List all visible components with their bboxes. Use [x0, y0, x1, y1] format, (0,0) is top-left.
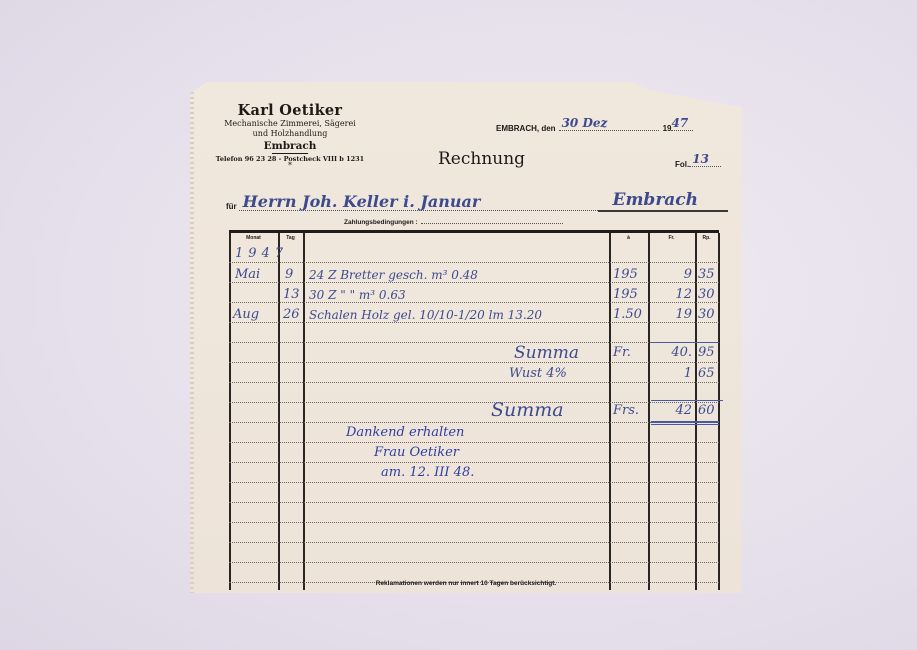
row-rule: [229, 562, 719, 563]
header-rappen: Rp.: [695, 235, 718, 241]
subtotal-francs: 40.: [648, 345, 692, 361]
date-line: EMBRACH, den 30 Dez 19 47: [496, 119, 693, 133]
year-prefix: 19: [663, 124, 672, 133]
document-title: Rechnung: [438, 149, 525, 169]
wust-label: Wust 4%: [509, 366, 567, 382]
total-double-rule: [651, 424, 719, 425]
folio-label: Fol.: [675, 160, 689, 169]
col-rule: [278, 233, 280, 590]
total-rappen: 60: [698, 403, 715, 419]
row1-monat: Mai: [235, 267, 260, 283]
year-field: 47: [671, 119, 693, 131]
col-rule: [303, 233, 305, 590]
recipient-field: Herrn Joh. Keller i. Januar Embrach: [239, 194, 728, 211]
row3-desc: Schalen Holz gel. 10/10-1/20 lm 13.20: [309, 307, 542, 323]
row2-rappen: 30: [698, 287, 715, 303]
total-unit: Frs.: [613, 403, 639, 419]
header-unit-price: à: [609, 235, 648, 241]
date-field: 30 Dez: [559, 119, 659, 131]
payment-terms-field: [421, 215, 563, 224]
header-monat: Monat: [229, 235, 278, 241]
date-handwritten: 30 Dez: [562, 116, 608, 130]
subtotal-rappen: 95: [698, 345, 715, 361]
recipient-label: für: [226, 202, 237, 211]
total-francs: 42: [648, 403, 692, 419]
row-rule: [229, 502, 719, 503]
header-francs: Fr.: [648, 235, 695, 241]
letterhead-rule: [272, 153, 308, 154]
row-rule: [229, 482, 719, 483]
payment-terms-label: Zahlungsbedingungen :: [344, 219, 418, 226]
recipient-city: Embrach: [612, 190, 698, 210]
subtotal-rule: [651, 342, 719, 343]
year-handwritten: 47: [671, 116, 688, 130]
invoice-paper: Karl Oetiker Mechanische Zimmerei, Säger…: [190, 82, 742, 593]
row-rule: [229, 542, 719, 543]
row1-desc: 24 Z Bretter gesch. m³ 0.48: [309, 267, 478, 283]
row-rule: [229, 382, 719, 383]
row-rule: [229, 262, 719, 263]
folio-field: 13: [689, 155, 721, 167]
subtotal-unit: Fr.: [613, 345, 631, 361]
company-line2: und Holzhandlung: [190, 129, 390, 139]
footer-note: Reklamationen werden nur innert 10 Tagen…: [190, 580, 742, 587]
row-rule: [229, 442, 719, 443]
col-rule: [229, 233, 231, 590]
row1-unit-price: 195: [613, 267, 638, 283]
row-rule: [229, 342, 719, 343]
company-line1: Mechanische Zimmerei, Sägerei: [190, 119, 390, 129]
subtotal-label: Summa: [514, 345, 579, 361]
row1-francs: 9: [648, 267, 692, 283]
total-double-rule: [651, 421, 719, 423]
wust-francs: 1: [648, 366, 692, 382]
header-tag: Tag: [278, 235, 303, 241]
payment-terms-line: Zahlungsbedingungen :: [344, 215, 563, 226]
total-rule: [651, 400, 723, 401]
row3-rappen: 30: [698, 307, 715, 323]
row3-tag: 26: [283, 307, 300, 323]
row2-tag: 13: [283, 287, 300, 303]
row-rule: [229, 462, 719, 463]
col-rule: [695, 233, 697, 590]
row-rule: [229, 362, 719, 363]
receipt-line1: Dankend erhalten: [346, 425, 464, 441]
invoice-table: Monat Tag à Fr. Rp. 1947 Mai 9 24 Z Bret…: [229, 230, 719, 590]
recipient-underline: [598, 210, 728, 212]
row3-unit-price: 1.50: [613, 307, 642, 323]
receipt-line3: am. 12. III 48.: [381, 465, 474, 481]
place-label: EMBRACH, den: [496, 124, 556, 133]
row-rule: [229, 402, 719, 403]
row2-francs: 12: [648, 287, 692, 303]
col-rule: [718, 233, 720, 590]
row1-tag: 9: [285, 267, 293, 283]
receipt-line2: Frau Oetiker: [374, 445, 459, 461]
wust-rappen: 65: [698, 366, 715, 382]
company-letterhead: Karl Oetiker Mechanische Zimmerei, Säger…: [190, 102, 390, 169]
star-ornament-icon: *: [190, 163, 390, 169]
row1-rappen: 35: [698, 267, 715, 283]
row3-francs: 19: [648, 307, 692, 323]
row2-desc: 30 Z " " m³ 0.63: [309, 287, 406, 303]
row-rule: [229, 302, 719, 303]
total-label: Summa: [491, 402, 564, 418]
company-name: Karl Oetiker: [190, 102, 390, 119]
folio-line: Fol. 13: [675, 155, 721, 169]
company-city: Embrach: [190, 140, 390, 152]
folio-handwritten: 13: [692, 152, 709, 166]
row2-unit-price: 195: [613, 287, 638, 303]
row3-monat: Aug: [233, 307, 259, 323]
recipient-line: für Herrn Joh. Keller i. Januar Embrach: [226, 194, 728, 211]
row-rule: [229, 522, 719, 523]
row-rule: [229, 422, 719, 423]
col-rule: [609, 233, 611, 590]
row-year: 1947: [235, 246, 288, 262]
recipient-name: Herrn Joh. Keller i. Januar: [243, 192, 481, 211]
